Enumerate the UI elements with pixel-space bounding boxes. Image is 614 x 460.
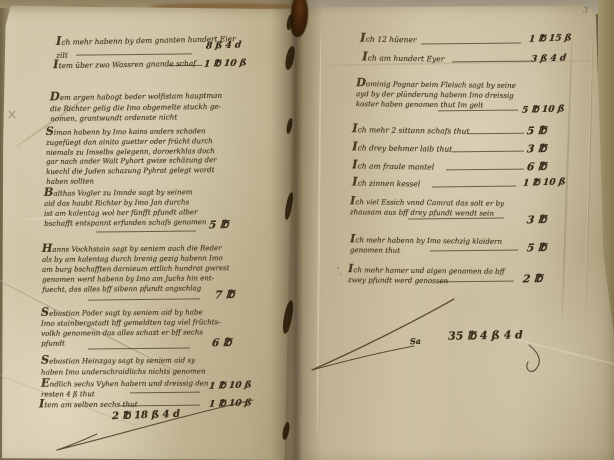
entry-amount: 6 ℔ xyxy=(211,337,232,350)
entry-line: Item über zwo Wassren gnande schaf xyxy=(53,57,196,71)
ledger-entry: Ich am hundert Eyer xyxy=(362,51,445,64)
entry-amount: 5 ℔ xyxy=(526,125,547,138)
entry-amount: 1 ℔ 15 ß xyxy=(528,33,572,44)
ledger-entry: Hanns Vockhstain sagt by seniem auch die… xyxy=(42,241,230,295)
entry-amount: 2 ℔ xyxy=(522,273,543,286)
entry-line: volkh genomenn das alles schazt er bff s… xyxy=(41,327,221,339)
ledger-entry: Dem argen habogt beder wolfistam hauptma… xyxy=(50,89,223,125)
entry-amount: 5 ℔ 10 ß xyxy=(521,104,565,115)
ledger-entry: Endlich sechs Vyhen habern und dreissig … xyxy=(41,376,209,399)
entry-rule xyxy=(438,110,518,112)
entry-line: Ich zinnen kessel xyxy=(352,177,420,190)
entry-amount: 3 ℔ xyxy=(526,214,547,227)
entry-line: fuecht, das alles bff sibenn pfundt angs… xyxy=(42,283,230,295)
entry-amount: 1 ℔ 10 ß xyxy=(208,398,252,409)
entry-line: kuechl die Juden schazung Pyhrat gelegt … xyxy=(46,166,217,178)
ledger-entry: Dominig Pognar beim Fleisch sagt by sein… xyxy=(356,77,516,111)
right-page-sum: 35 ℔ 4 ß 4 d xyxy=(448,328,523,342)
entry-rule xyxy=(446,169,524,171)
entry-amount: 3 ß 4 d xyxy=(530,53,566,64)
ledger-entry: Sebastian Pader sagt by seniem aid by ha… xyxy=(41,305,221,349)
entry-rule xyxy=(468,133,524,135)
entry-rule xyxy=(408,217,504,219)
ledger-entry: Ich 12 hüener xyxy=(360,33,417,46)
entry-line: Ich am hundert Eyer xyxy=(362,51,445,64)
entry-line: Sebastian Heinzgay sagt by seniem aid sy xyxy=(41,353,206,367)
ledger-entry: Sebastian Heinzgay sagt by seniem aid sy… xyxy=(41,353,206,377)
folio-number: 3 xyxy=(583,6,588,15)
entry-line: pfundt xyxy=(41,337,221,349)
entry-line: Ich 12 hüener xyxy=(360,33,417,46)
ledger-entry: Ich viel Essich vnnd Camrat das solt er … xyxy=(350,195,504,219)
ledger-entry: Ich drey behmer laib thut xyxy=(352,141,452,154)
entry-rule xyxy=(96,230,196,232)
entry-amount: 1 ℔ 10 ß xyxy=(522,177,566,188)
entry-line: Endlich sechs Vyhen habern und dreissig … xyxy=(41,376,209,389)
ledger-entry: Ich zinnen kessel xyxy=(352,177,420,190)
entry-line: bschafft entspannt erfunden schafs genom… xyxy=(44,217,206,229)
entry-line: nomen, grantwundt ordenste nicht xyxy=(50,112,222,125)
entry-amount: 6 ℔ xyxy=(526,161,547,174)
manuscript-photo: Ich mehr habenn by dem gnanten hundert E… xyxy=(0,0,614,460)
entry-amount: 3 ℔ xyxy=(526,143,547,156)
entry-rule xyxy=(88,347,190,349)
entry-line: Ich mehr 2 sittann schafs thut xyxy=(352,123,470,137)
ledger-entry: Simon habenn by Imo kains anders schaden… xyxy=(46,125,217,188)
right-page-sum-prefix: Sa xyxy=(410,336,421,347)
entry-line: Item am selben sechs thut xyxy=(39,398,138,411)
entry-rule xyxy=(88,298,200,300)
entry-amount: 8 ß 4 d xyxy=(205,40,241,51)
entry-amount: 1 ℔ 10 ß xyxy=(203,58,247,69)
entry-amount: 5 ℔ xyxy=(208,219,229,232)
entry-line: Ich drey behmer laib thut xyxy=(352,141,452,154)
ledger-entry: Ich am fraule mantel xyxy=(352,159,434,172)
ledger-entry: Ich mehr habenn by Imo sechzig klaiderng… xyxy=(350,233,502,257)
entry-line: genomen thut xyxy=(350,245,502,257)
entry-rule xyxy=(452,61,530,63)
entry-line: Ich am fraule mantel xyxy=(352,159,434,172)
entry-rule xyxy=(432,186,516,188)
handwriting-layer: Ich mehr habenn by dem gnanten hundert E… xyxy=(0,0,614,460)
entry-rule xyxy=(168,65,202,66)
ledger-entry: Ich mehr hamer und aigen genomen do bffz… xyxy=(348,263,505,287)
entry-rule xyxy=(421,42,521,44)
ledger-entry: Balthas Vogler zu Imnde sagt by seinemai… xyxy=(44,185,207,229)
entry-amount: 7 ℔ xyxy=(214,289,235,302)
ledger-entry: Ich mehr 2 sittann schafs thut xyxy=(352,123,470,137)
entry-rule xyxy=(452,151,524,153)
entry-rule xyxy=(120,405,200,407)
entry-amount: 5 ℔ xyxy=(526,242,547,255)
ledger-entry: Item am selben sechs thut xyxy=(39,398,138,411)
entry-amount: 1 ℔ 10 ß xyxy=(208,380,252,391)
ledger-entry: Item über zwo Wassren gnande schaf xyxy=(53,57,196,71)
